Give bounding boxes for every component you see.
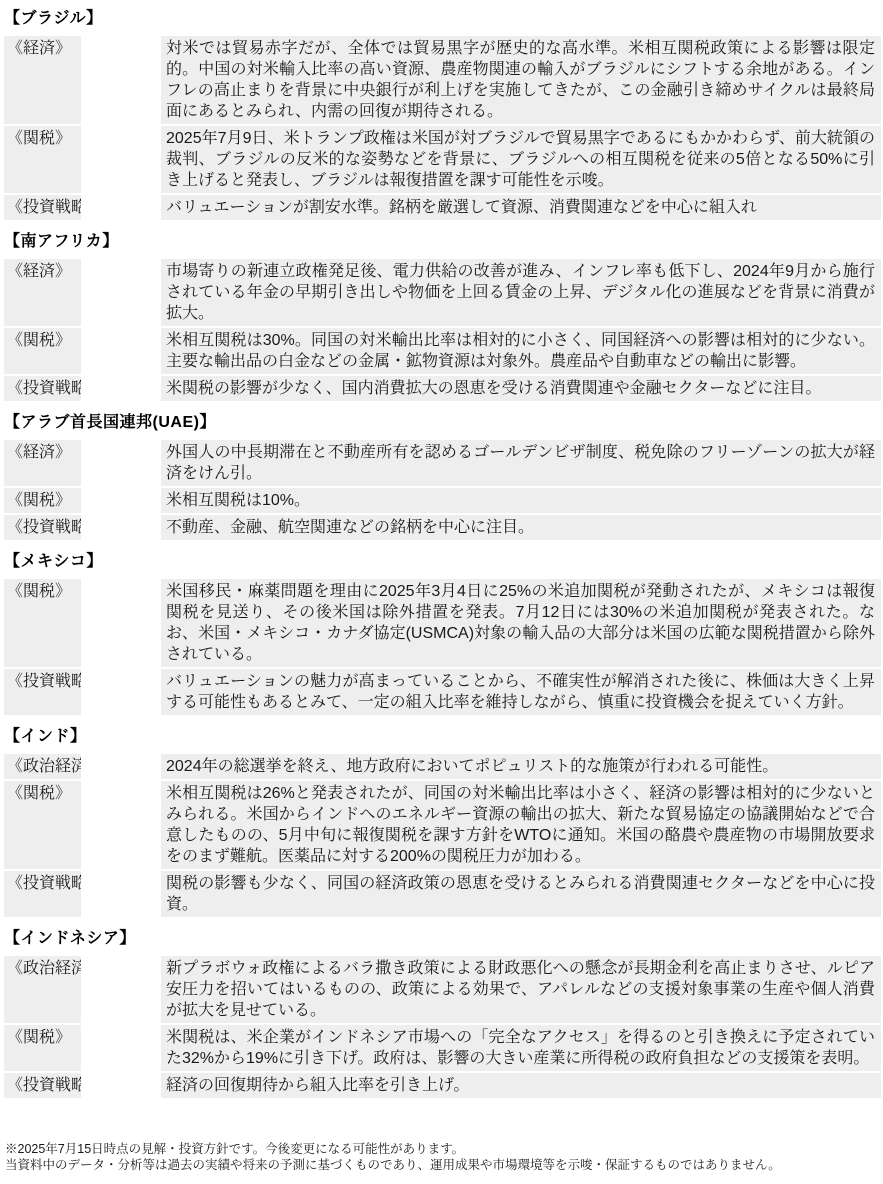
row-label-strategy: 《投資戦略》 [4, 669, 81, 715]
row-label-strategy: 《投資戦略》 [4, 515, 81, 540]
row-label-politics-economy: 《政治経済》 [4, 754, 81, 779]
table-row: 《経済》 市場寄りの新連立政権発足後、電力供給の改善が進み、インフレ率も低下し、… [4, 259, 881, 326]
section-mexico: 【メキシコ】 《関税》 米国移民・麻薬問題を理由に2025年3月4日に25%の米… [4, 551, 881, 717]
country-header-south-africa: 【南アフリカ】 [4, 231, 881, 252]
row-label-tariff: 《関税》 [4, 126, 81, 193]
country-header-india: 【インド】 [4, 726, 881, 747]
table-row: 《関税》 米関税は、米企業がインドネシア市場への「完全なアクセス」を得るのと引き… [4, 1025, 881, 1071]
row-description: 米関税は、米企業がインドネシア市場への「完全なアクセス」を得るのと引き換えに予定… [161, 1025, 881, 1071]
section-table-india: 《政治経済》 2024年の総選挙を終え、地方政府においてポピュリスト的な施策が行… [4, 752, 881, 919]
table-row: 《関税》 2025年7月9日、米トランプ政権は米国が対ブラジルで貿易黒字であるに… [4, 126, 881, 193]
table-row: 《関税》 米国移民・麻薬問題を理由に2025年3月4日に25%の米追加関税が発動… [4, 579, 881, 667]
row-label-strategy: 《投資戦略》 [4, 871, 81, 917]
country-header-indonesia: 【インドネシア】 [4, 928, 881, 949]
section-table-brazil: 《経済》 対米では貿易赤字だが、全体では貿易黒字が歴史的な高水準。米相互関税政策… [4, 34, 881, 222]
table-row: 《投資戦略》 不動産、金融、航空関連などの銘柄を中心に注目。 [4, 515, 881, 540]
row-label-tariff: 《関税》 [4, 781, 81, 869]
section-uae: 【アラブ首長国連邦(UAE)】 《経済》 外国人の中長期滞在と不動産所有を認める… [4, 412, 881, 542]
column-spacer [81, 440, 161, 486]
column-spacer [81, 669, 161, 715]
row-label-economy: 《経済》 [4, 259, 81, 326]
column-spacer [81, 488, 161, 513]
table-row: 《政治経済》 2024年の総選挙を終え、地方政府においてポピュリスト的な施策が行… [4, 754, 881, 779]
section-table-mexico: 《関税》 米国移民・麻薬問題を理由に2025年3月4日に25%の米追加関税が発動… [4, 577, 881, 717]
row-description: 対米では貿易赤字だが、全体では貿易黒字が歴史的な高水準。米相互関税政策による影響… [161, 36, 881, 124]
section-table-uae: 《経済》 外国人の中長期滞在と不動産所有を認めるゴールデンビザ制度、税免除のフリ… [4, 438, 881, 542]
table-row: 《関税》 米相互関税は30%。同国の対米輸出比率は相対的に小さく、同国経済への影… [4, 328, 881, 374]
row-description: 米関税の影響が少なく、国内消費拡大の恩恵を受ける消費関連や金融セクターなどに注目… [161, 376, 881, 401]
table-row: 《投資戦略》 米関税の影響が少なく、国内消費拡大の恩恵を受ける消費関連や金融セク… [4, 376, 881, 401]
column-spacer [81, 126, 161, 193]
row-description: 2025年7月9日、米トランプ政権は米国が対ブラジルで貿易黒字であるにもかかわら… [161, 126, 881, 193]
column-spacer [81, 515, 161, 540]
row-label-tariff: 《関税》 [4, 328, 81, 374]
row-description: 経済の回復期待から組入比率を引き上げ。 [161, 1073, 881, 1098]
row-label-strategy: 《投資戦略》 [4, 195, 81, 220]
table-row: 《政治経済》 新プラボウォ政権によるバラ撒き政策による財政悪化への懸念が長期金利… [4, 956, 881, 1023]
row-description: 外国人の中長期滞在と不動産所有を認めるゴールデンビザ制度、税免除のフリーゾーンの… [161, 440, 881, 486]
row-label-economy: 《経済》 [4, 36, 81, 124]
row-description: 新プラボウォ政権によるバラ撒き政策による財政悪化への懸念が長期金利を高止まりさせ… [161, 956, 881, 1023]
column-spacer [81, 328, 161, 374]
row-description: 関税の影響も少なく、同国の経済政策の恩恵を受けるとみられる消費関連セクターなどを… [161, 871, 881, 917]
section-table-south-africa: 《経済》 市場寄りの新連立政権発足後、電力供給の改善が進み、インフレ率も低下し、… [4, 257, 881, 403]
table-row: 《経済》 対米では貿易赤字だが、全体では貿易黒字が歴史的な高水準。米相互関税政策… [4, 36, 881, 124]
column-spacer [81, 195, 161, 220]
row-description: 市場寄りの新連立政権発足後、電力供給の改善が進み、インフレ率も低下し、2024年… [161, 259, 881, 326]
section-south-africa: 【南アフリカ】 《経済》 市場寄りの新連立政権発足後、電力供給の改善が進み、イン… [4, 231, 881, 403]
row-label-politics-economy: 《政治経済》 [4, 956, 81, 1023]
column-spacer [81, 376, 161, 401]
footnote-disclaimer: 当資料中のデータ・分析等は過去の実績や将来の予測に基づくものであり、運用成果や市… [5, 1157, 781, 1173]
row-label-strategy: 《投資戦略》 [4, 1073, 81, 1098]
footnotes: ※2025年7月15日時点の見解・投資方針です。今後変更になる可能性があります。… [5, 1141, 781, 1173]
country-header-mexico: 【メキシコ】 [4, 551, 881, 572]
row-description: バリュエーションの魅力が高まっていることから、不確実性が解消された後に、株価は大… [161, 669, 881, 715]
row-description: 不動産、金融、航空関連などの銘柄を中心に注目。 [161, 515, 881, 540]
row-label-tariff: 《関税》 [4, 579, 81, 667]
row-label-tariff: 《関税》 [4, 488, 81, 513]
country-header-uae: 【アラブ首長国連邦(UAE)】 [4, 412, 881, 433]
section-table-indonesia: 《政治経済》 新プラボウォ政権によるバラ撒き政策による財政悪化への懸念が長期金利… [4, 954, 881, 1100]
table-row: 《投資戦略》 バリュエーションの魅力が高まっていることから、不確実性が解消された… [4, 669, 881, 715]
column-spacer [81, 259, 161, 326]
section-india: 【インド】 《政治経済》 2024年の総選挙を終え、地方政府においてポピュリスト… [4, 726, 881, 919]
column-spacer [81, 956, 161, 1023]
column-spacer [81, 1073, 161, 1098]
row-description: バリュエーションが割安水準。銘柄を厳選して資源、消費関連などを中心に組入れ [161, 195, 881, 220]
column-spacer [81, 579, 161, 667]
row-description: 米相互関税は30%。同国の対米輸出比率は相対的に小さく、同国経済への影響は相対的… [161, 328, 881, 374]
column-spacer [81, 1025, 161, 1071]
row-description: 2024年の総選挙を終え、地方政府においてポピュリスト的な施策が行われる可能性。 [161, 754, 881, 779]
country-header-brazil: 【ブラジル】 [4, 8, 881, 29]
table-row: 《関税》 米相互関税は26%と発表されたが、同国の対米輸出比率は小さく、経済の影… [4, 781, 881, 869]
column-spacer [81, 36, 161, 124]
row-description: 米国移民・麻薬問題を理由に2025年3月4日に25%の米追加関税が発動されたが、… [161, 579, 881, 667]
row-label-strategy: 《投資戦略》 [4, 376, 81, 401]
table-row: 《投資戦略》 経済の回復期待から組入比率を引き上げ。 [4, 1073, 881, 1098]
row-description: 米相互関税は10%。 [161, 488, 881, 513]
row-label-tariff: 《関税》 [4, 1025, 81, 1071]
row-description: 米相互関税は26%と発表されたが、同国の対米輸出比率は小さく、経済の影響は相対的… [161, 781, 881, 869]
column-spacer [81, 781, 161, 869]
row-label-economy: 《経済》 [4, 440, 81, 486]
section-brazil: 【ブラジル】 《経済》 対米では貿易赤字だが、全体では貿易黒字が歴史的な高水準。… [4, 8, 881, 222]
column-spacer [81, 871, 161, 917]
table-row: 《投資戦略》 バリュエーションが割安水準。銘柄を厳選して資源、消費関連などを中心… [4, 195, 881, 220]
section-indonesia: 【インドネシア】 《政治経済》 新プラボウォ政権によるバラ撒き政策による財政悪化… [4, 928, 881, 1100]
table-row: 《投資戦略》 関税の影響も少なく、同国の経済政策の恩恵を受けるとみられる消費関連… [4, 871, 881, 917]
document-page: 【ブラジル】 《経済》 対米では貿易赤字だが、全体では貿易黒字が歴史的な高水準。… [0, 0, 883, 1100]
footnote-asof-date: ※2025年7月15日時点の見解・投資方針です。今後変更になる可能性があります。 [5, 1141, 781, 1157]
table-row: 《経済》 外国人の中長期滞在と不動産所有を認めるゴールデンビザ制度、税免除のフリ… [4, 440, 881, 486]
column-spacer [81, 754, 161, 779]
table-row: 《関税》 米相互関税は10%。 [4, 488, 881, 513]
